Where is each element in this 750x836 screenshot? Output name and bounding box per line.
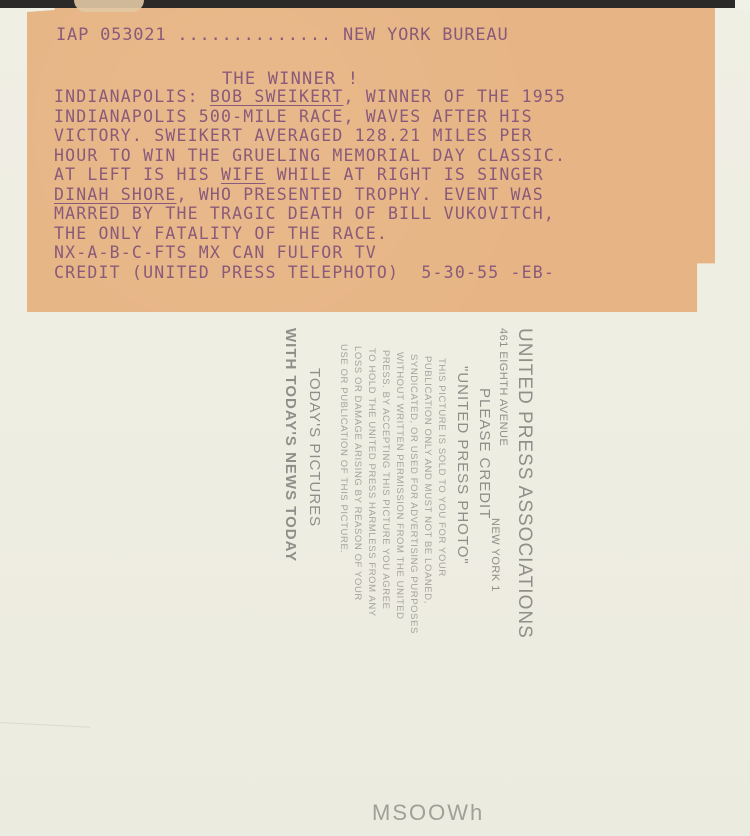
caption-text: INDIANAPOLIS 500-MILE RACE, WAVES AFTER … [54,107,533,126]
caption-text: VICTORY. SWEIKERT AVERAGED 128.21 MILES … [54,126,533,145]
caption-line: NX-A-B-C-FTS MX CAN FULFOR TV [54,244,566,264]
caption-header: IAP 053021 .............. NEW YORK BUREA… [56,26,508,44]
underlined-name: BOB SWEIKERT [210,87,344,106]
agency-stamp: UNITED PRESS ASSOCIATIONS 461 EIGHTH AVE… [270,318,540,618]
caption-line: HOUR TO WIN THE GRUELING MEMORIAL DAY CL… [54,147,566,167]
tape-scrap [74,0,144,12]
header-dots: .............. [177,25,332,45]
underlined-name: WIFE [221,165,266,184]
caption-text: THE ONLY FATALITY OF THE RACE. [54,224,388,243]
bureau-name: NEW YORK BUREAU [343,25,509,45]
stamp-credit-line: "UNITED PRESS PHOTO" [454,366,471,565]
stamp-please-credit: PLEASE CREDIT [476,388,493,519]
stamp-slogan-1: TODAY'S PICTURES [306,368,323,527]
stamp-term-line: THIS PICTURE IS SOLD TO YOU FOR YOUR [436,358,447,577]
stamp-rotated-block: UNITED PRESS ASSOCIATIONS 461 EIGHTH AVE… [270,318,535,618]
caption-text: MARRED BY THE TRAGIC DEATH OF BILL VUKOV… [54,204,555,223]
stamp-term-line: PUBLICATION ONLY AND MUST NOT BE LOANED, [422,356,433,604]
caption-body: INDIANAPOLIS: BOB SWEIKERT, WINNER OF TH… [54,88,566,283]
caption-text: , WHO PRESENTED TROPHY. EVENT WAS [176,185,543,204]
caption-line: INDIANAPOLIS 500-MILE RACE, WAVES AFTER … [54,108,566,128]
caption-line: THE ONLY FATALITY OF THE RACE. [54,225,566,245]
caption-line: MARRED BY THE TRAGIC DEATH OF BILL VUKOV… [54,205,566,225]
caption-text: INDIANAPOLIS: [54,87,210,106]
stamp-term-line: LOSS OR DAMAGE ARISING BY REASON OF YOUR [352,346,363,601]
caption-text: AT LEFT IS HIS [54,165,221,184]
stamp-address: 461 EIGHTH AVENUE [497,328,509,446]
caption-line: INDIANAPOLIS: BOB SWEIKERT, WINNER OF TH… [54,88,566,108]
pencil-note: MSOOWh [372,800,484,826]
stamp-city: NEW YORK 1 [489,518,501,592]
top-right-corner [735,0,750,10]
stamp-term-line: SYNDICATED, OR USED FOR ADVERTISING PURP… [408,354,419,634]
caption-text: CREDIT (UNITED PRESS TELEPHOTO) 5-30-55 … [54,263,555,282]
stamp-slogan-2: WITH TODAY'S NEWS TODAY [282,328,299,562]
caption-text: NX-A-B-C-FTS MX CAN FULFOR TV [54,243,377,262]
stamp-term-line: WITHOUT WRITTEN PERMISSION FROM THE UNIT… [394,352,405,620]
stamp-term-line: PRESS. BY ACCEPTING THIS PICTURE YOU AGR… [380,350,391,610]
stamp-term-line: TO HOLD THE UNITED PRESS HARMLESS FROM A… [366,348,377,617]
caption-headline: THE WINNER ! [222,70,359,88]
photo-id: IAP 053021 [56,25,166,45]
caption-text: WHILE AT RIGHT IS SINGER [266,165,544,184]
caption-line: AT LEFT IS HIS WIFE WHILE AT RIGHT IS SI… [54,166,566,186]
caption-line: VICTORY. SWEIKERT AVERAGED 128.21 MILES … [54,127,566,147]
caption-line: DINAH SHORE, WHO PRESENTED TROPHY. EVENT… [54,186,566,206]
caption-text: HOUR TO WIN THE GRUELING MEMORIAL DAY CL… [54,146,566,165]
caption-text: , WINNER OF THE 1955 [343,87,566,106]
underlined-name: DINAH SHORE [54,185,176,204]
stamp-agency: UNITED PRESS ASSOCIATIONS [513,328,535,639]
caption-line: CREDIT (UNITED PRESS TELEPHOTO) 5-30-55 … [54,264,566,284]
stamp-term-line: USE OR PUBLICATION OF THIS PICTURE. [338,344,349,554]
